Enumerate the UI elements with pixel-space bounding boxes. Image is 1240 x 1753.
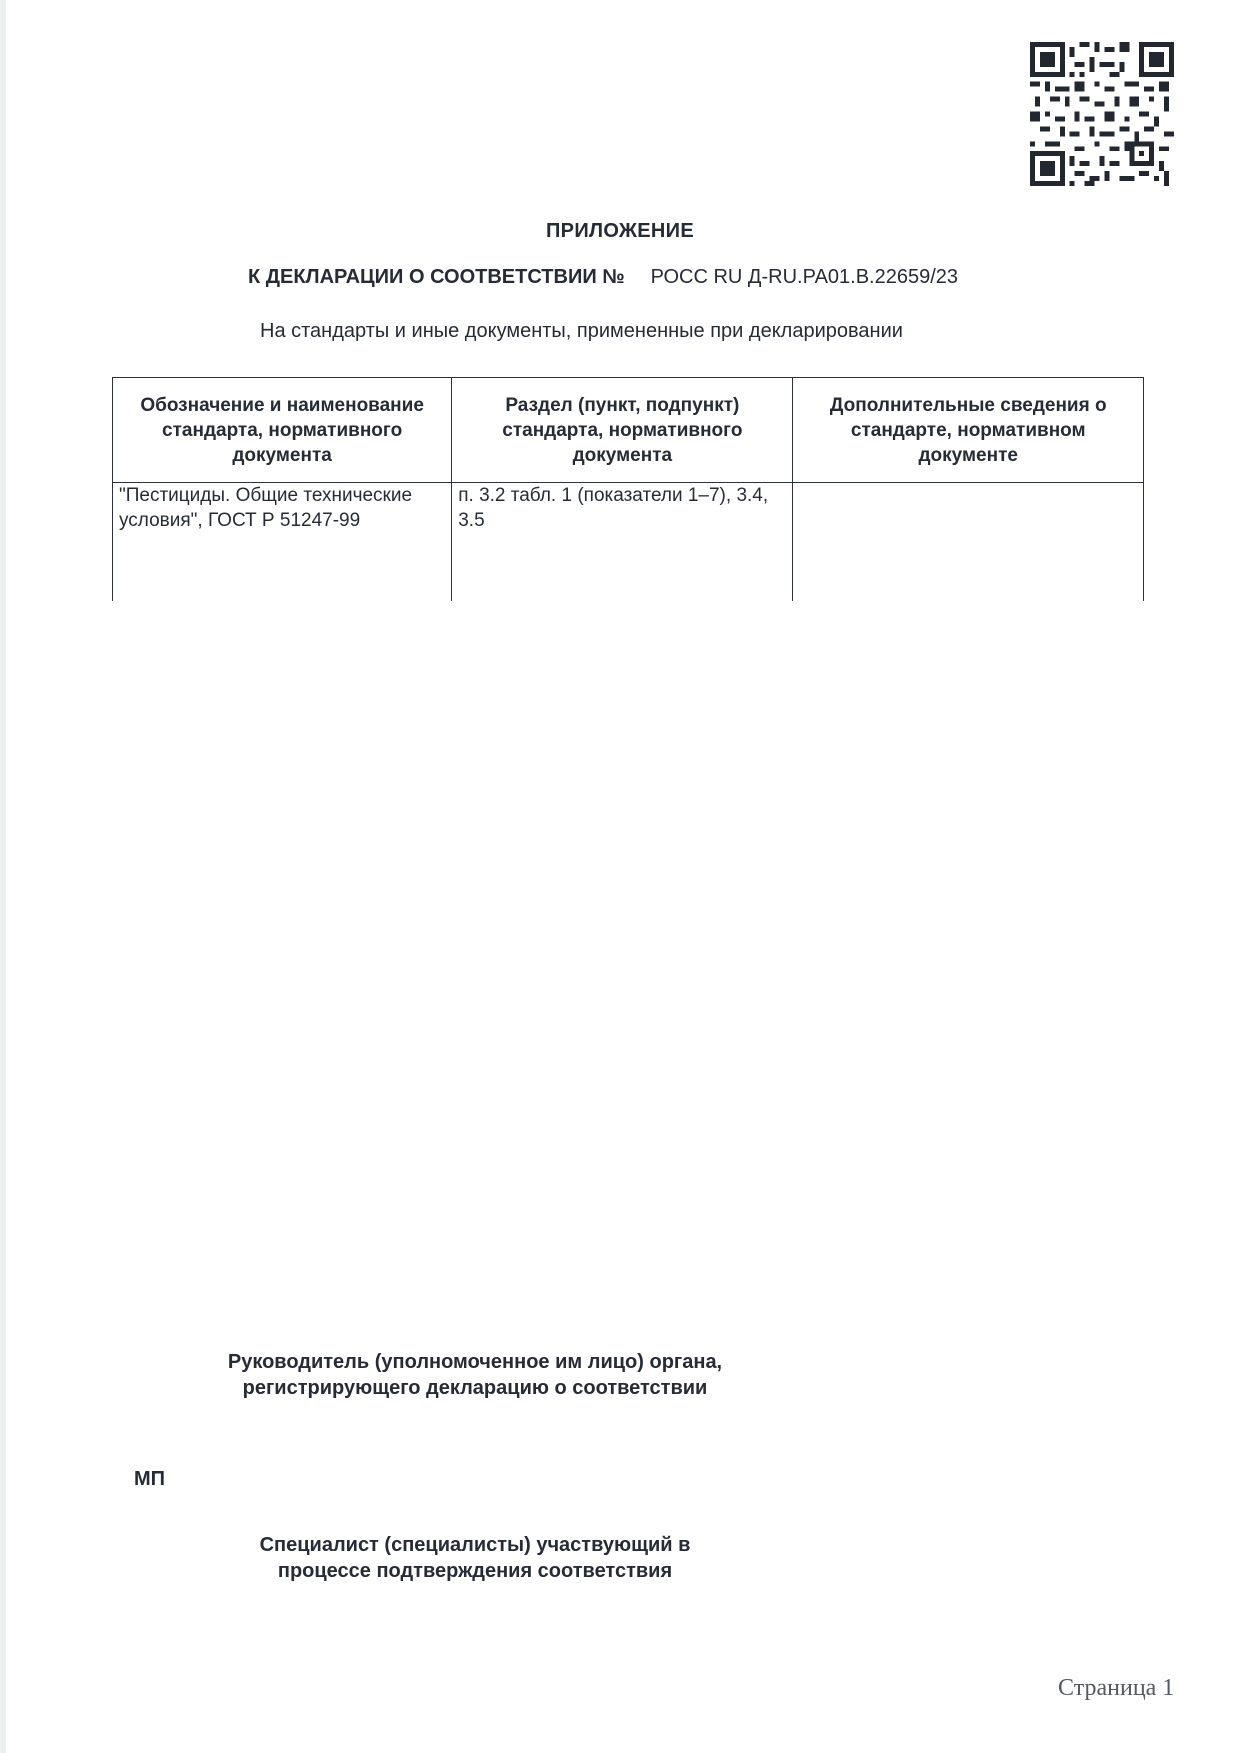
column-header-additional: Дополнительные сведения о стандарте, нор… [793,378,1144,483]
head-signature-label: Руководитель (уполномоченное им лицо) ор… [215,1349,735,1401]
qr-code-icon [1030,42,1174,186]
declaration-line: К ДЕКЛАРАЦИИ О СООТВЕТСТВИИ №РОСС RU Д-R… [248,266,958,289]
cell-additional [793,483,1144,602]
document-subtitle: На стандарты и иные документы, примененн… [260,320,903,343]
cell-standard: "Пестициды. Общие технические условия", … [113,483,452,602]
declaration-label: К ДЕКЛАРАЦИИ О СООТВЕТСТВИИ № [248,266,625,288]
table-row: "Пестициды. Общие технические условия", … [113,483,1144,602]
page-number: Страница 1 [1058,1675,1174,1702]
column-header-standard: Обозначение и наименование стандарта, но… [113,378,452,483]
stamp-place-label: МП [134,1468,165,1491]
document-title: ПРИЛОЖЕНИЕ [0,220,1240,243]
scan-edge-shadow [0,0,6,1753]
standards-table: Обозначение и наименование стандарта, но… [112,377,1144,601]
specialist-signature-label: Специалист (специалисты) участвующий в п… [215,1532,735,1584]
cell-section: п. 3.2 табл. 1 (показатели 1–7), 3.4, 3.… [452,483,793,602]
table-header-row: Обозначение и наименование стандарта, но… [113,378,1144,483]
column-header-section: Раздел (пункт, подпункт) стандарта, норм… [452,378,793,483]
declaration-number: РОСС RU Д-RU.РА01.В.22659/23 [651,266,958,288]
